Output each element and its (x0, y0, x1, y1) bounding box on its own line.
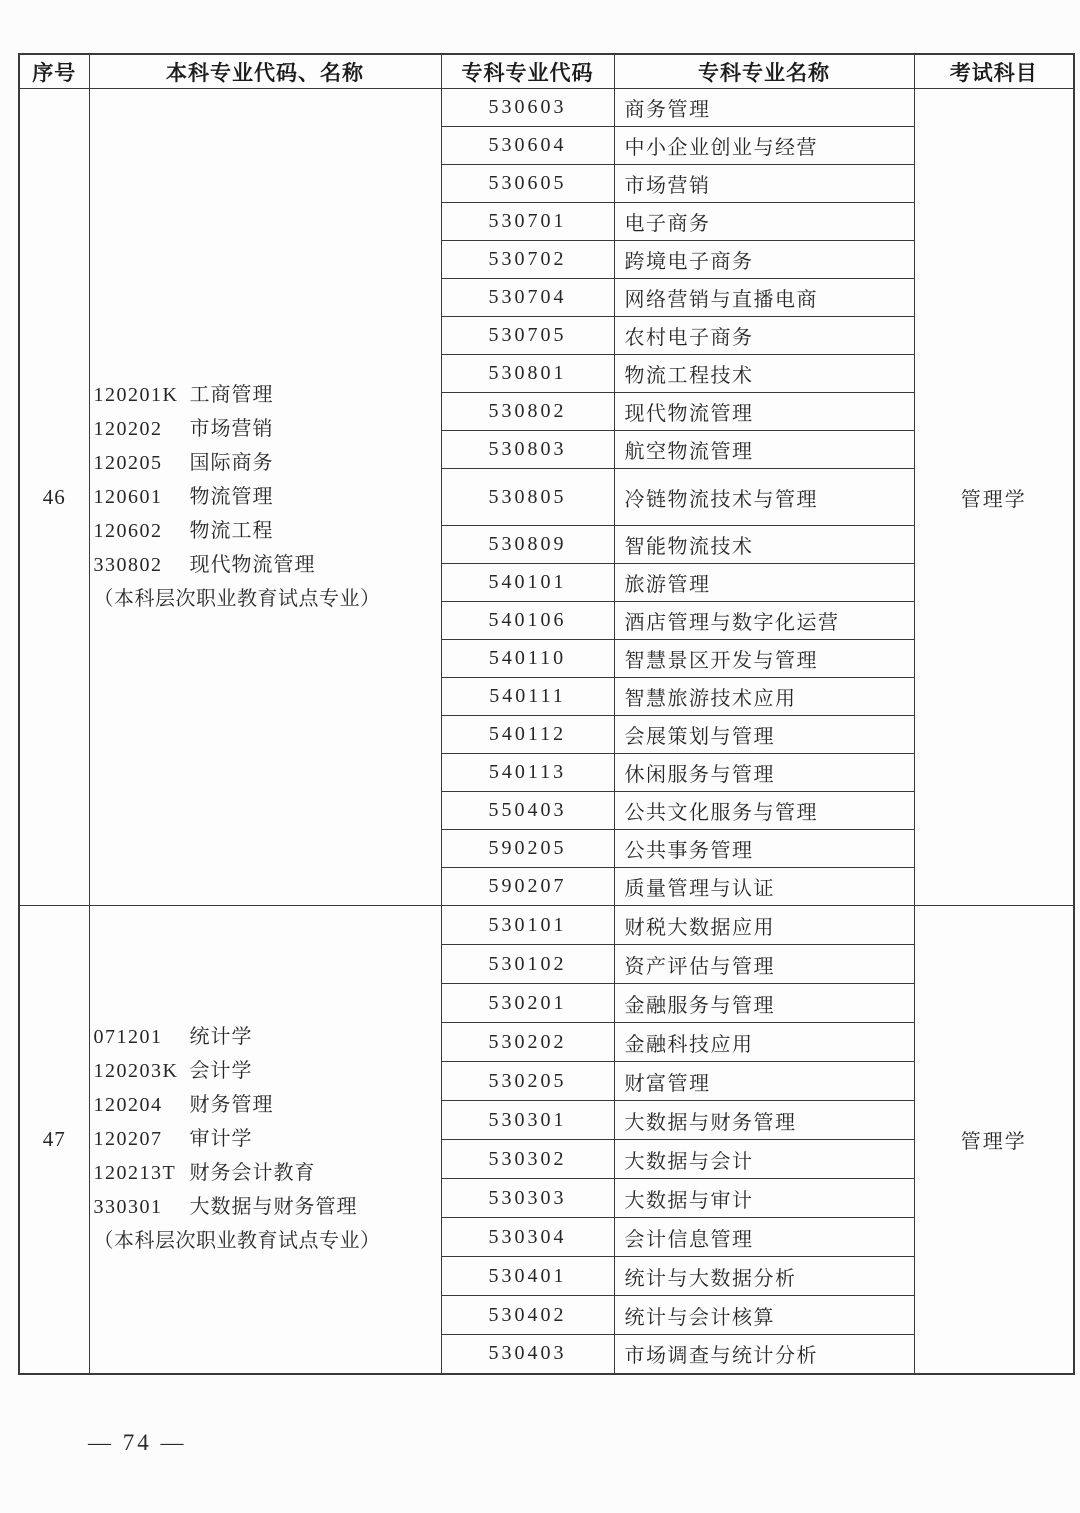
voc-name-cell: 酒店管理与数字化运营 (614, 602, 914, 640)
table-row: 47 071201统计学 120203K会计学 120204财务管理 12020… (19, 906, 1074, 945)
undergrad-code: 330802 (94, 548, 190, 582)
voc-code-cell: 530605 (441, 165, 614, 203)
document-page: 序号 本科专业代码、名称 专科专业代码 专科专业名称 考试科目 46 12020… (0, 0, 1080, 1513)
undergrad-code: 071201 (94, 1020, 190, 1054)
seq-cell: 47 (19, 906, 89, 1374)
voc-code-cell: 540101 (441, 564, 614, 602)
undergrad-code: 120602 (94, 514, 190, 548)
undergrad-code: 120201K (94, 378, 190, 412)
voc-code-cell: 530809 (441, 526, 614, 564)
voc-code-cell: 530705 (441, 317, 614, 355)
undergrad-code: 120202 (94, 412, 190, 446)
voc-name-cell: 网络营销与直播电商 (614, 279, 914, 317)
undergrad-code: 120205 (94, 446, 190, 480)
voc-code-cell: 530101 (441, 906, 614, 945)
voc-name-cell: 财税大数据应用 (614, 906, 914, 945)
undergrad-line: 120602物流工程 (94, 514, 441, 548)
voc-name-cell: 中小企业创业与经营 (614, 127, 914, 165)
voc-name-cell: 金融科技应用 (614, 1023, 914, 1062)
voc-name-cell: 大数据与财务管理 (614, 1101, 914, 1140)
header-seq: 序号 (19, 54, 89, 89)
voc-code-cell: 530801 (441, 355, 614, 393)
voc-name-cell: 质量管理与认证 (614, 868, 914, 906)
voc-code-cell: 530202 (441, 1023, 614, 1062)
undergrad-code: 120204 (94, 1088, 190, 1122)
undergrad-name: 市场营销 (190, 418, 274, 440)
undergrad-name: 财务管理 (190, 1094, 274, 1116)
table-header-row: 序号 本科专业代码、名称 专科专业代码 专科专业名称 考试科目 (19, 54, 1074, 89)
voc-name-cell: 跨境电子商务 (614, 241, 914, 279)
undergrad-cell: 071201统计学 120203K会计学 120204财务管理 120207审计… (89, 906, 441, 1374)
voc-name-cell: 智能物流技术 (614, 526, 914, 564)
voc-name-cell: 市场营销 (614, 165, 914, 203)
undergrad-code: 330301 (94, 1190, 190, 1224)
header-vocational-name: 专科专业名称 (614, 54, 914, 89)
voc-code-cell: 530304 (441, 1218, 614, 1257)
voc-code-cell: 540110 (441, 640, 614, 678)
undergrad-note: （本科层次职业教育试点专业） (94, 582, 441, 616)
voc-name-cell: 智慧景区开发与管理 (614, 640, 914, 678)
undergrad-line: 120201K工商管理 (94, 378, 441, 412)
page-number: — 74 — (88, 1430, 187, 1456)
voc-code-cell: 540113 (441, 754, 614, 792)
voc-name-cell: 农村电子商务 (614, 317, 914, 355)
undergrad-line: 120207审计学 (94, 1122, 441, 1156)
voc-code-cell: 530201 (441, 984, 614, 1023)
voc-name-cell: 大数据与审计 (614, 1179, 914, 1218)
voc-name-cell: 市场调查与统计分析 (614, 1335, 914, 1374)
voc-code-cell: 530403 (441, 1335, 614, 1374)
undergrad-name: 统计学 (190, 1026, 253, 1048)
undergrad-name: 现代物流管理 (190, 554, 316, 576)
voc-name-cell: 会计信息管理 (614, 1218, 914, 1257)
voc-code-cell: 530701 (441, 203, 614, 241)
exam-subject-cell: 管理学 (914, 906, 1074, 1374)
exam-subject-cell: 管理学 (914, 89, 1074, 906)
voc-code-cell: 540111 (441, 678, 614, 716)
table-row: 46 120201K工商管理 120202市场营销 120205国际商务 120… (19, 89, 1074, 127)
voc-code-cell: 530704 (441, 279, 614, 317)
voc-name-cell: 电子商务 (614, 203, 914, 241)
undergrad-name: 国际商务 (190, 452, 274, 474)
undergrad-line: 120202市场营销 (94, 412, 441, 446)
undergrad-line: 120213T财务会计教育 (94, 1156, 441, 1190)
voc-name-cell: 智慧旅游技术应用 (614, 678, 914, 716)
voc-code-cell: 530301 (441, 1101, 614, 1140)
seq-cell: 46 (19, 89, 89, 906)
header-undergrad-code-name: 本科专业代码、名称 (89, 54, 441, 89)
undergrad-name: 会计学 (190, 1060, 253, 1082)
undergrad-name: 物流工程 (190, 520, 274, 542)
voc-code-cell: 590207 (441, 868, 614, 906)
undergrad-name: 财务会计教育 (190, 1162, 316, 1184)
undergrad-name: 大数据与财务管理 (190, 1196, 358, 1218)
undergrad-code: 120207 (94, 1122, 190, 1156)
voc-name-cell: 金融服务与管理 (614, 984, 914, 1023)
voc-name-cell: 财富管理 (614, 1062, 914, 1101)
undergrad-line: 071201统计学 (94, 1020, 441, 1054)
undergrad-line: 120601物流管理 (94, 480, 441, 514)
undergrad-line: 120203K会计学 (94, 1054, 441, 1088)
undergrad-line: 120204财务管理 (94, 1088, 441, 1122)
undergrad-line: 120205国际商务 (94, 446, 441, 480)
header-vocational-code: 专科专业代码 (441, 54, 614, 89)
voc-name-cell: 大数据与会计 (614, 1140, 914, 1179)
undergrad-name: 审计学 (190, 1128, 253, 1150)
majors-table: 序号 本科专业代码、名称 专科专业代码 专科专业名称 考试科目 46 12020… (18, 53, 1075, 1375)
voc-code-cell: 530303 (441, 1179, 614, 1218)
undergrad-note: （本科层次职业教育试点专业） (94, 1224, 441, 1258)
voc-name-cell: 冷链物流技术与管理 (614, 469, 914, 526)
voc-name-cell: 公共事务管理 (614, 830, 914, 868)
voc-code-cell: 530802 (441, 393, 614, 431)
voc-name-cell: 旅游管理 (614, 564, 914, 602)
voc-name-cell: 航空物流管理 (614, 431, 914, 469)
voc-code-cell: 530604 (441, 127, 614, 165)
voc-name-cell: 商务管理 (614, 89, 914, 127)
voc-name-cell: 统计与会计核算 (614, 1296, 914, 1335)
voc-code-cell: 590205 (441, 830, 614, 868)
voc-code-cell: 540106 (441, 602, 614, 640)
voc-code-cell: 530702 (441, 241, 614, 279)
voc-code-cell: 530805 (441, 469, 614, 526)
undergrad-code: 120601 (94, 480, 190, 514)
voc-code-cell: 530803 (441, 431, 614, 469)
voc-name-cell: 物流工程技术 (614, 355, 914, 393)
voc-code-cell: 540112 (441, 716, 614, 754)
voc-name-cell: 公共文化服务与管理 (614, 792, 914, 830)
voc-code-cell: 530205 (441, 1062, 614, 1101)
undergrad-code: 120213T (94, 1156, 190, 1190)
voc-code-cell: 530102 (441, 945, 614, 984)
voc-name-cell: 休闲服务与管理 (614, 754, 914, 792)
undergrad-name: 物流管理 (190, 486, 274, 508)
undergrad-code: 120203K (94, 1054, 190, 1088)
undergrad-name: 工商管理 (190, 384, 274, 406)
undergrad-line: 330301大数据与财务管理 (94, 1190, 441, 1224)
undergrad-line: 330802现代物流管理 (94, 548, 441, 582)
voc-code-cell: 530603 (441, 89, 614, 127)
voc-name-cell: 资产评估与管理 (614, 945, 914, 984)
voc-name-cell: 会展策划与管理 (614, 716, 914, 754)
voc-name-cell: 现代物流管理 (614, 393, 914, 431)
voc-code-cell: 530402 (441, 1296, 614, 1335)
voc-code-cell: 530401 (441, 1257, 614, 1296)
voc-code-cell: 530302 (441, 1140, 614, 1179)
undergrad-cell: 120201K工商管理 120202市场营销 120205国际商务 120601… (89, 89, 441, 906)
voc-name-cell: 统计与大数据分析 (614, 1257, 914, 1296)
voc-code-cell: 550403 (441, 792, 614, 830)
header-exam-subject: 考试科目 (914, 54, 1074, 89)
